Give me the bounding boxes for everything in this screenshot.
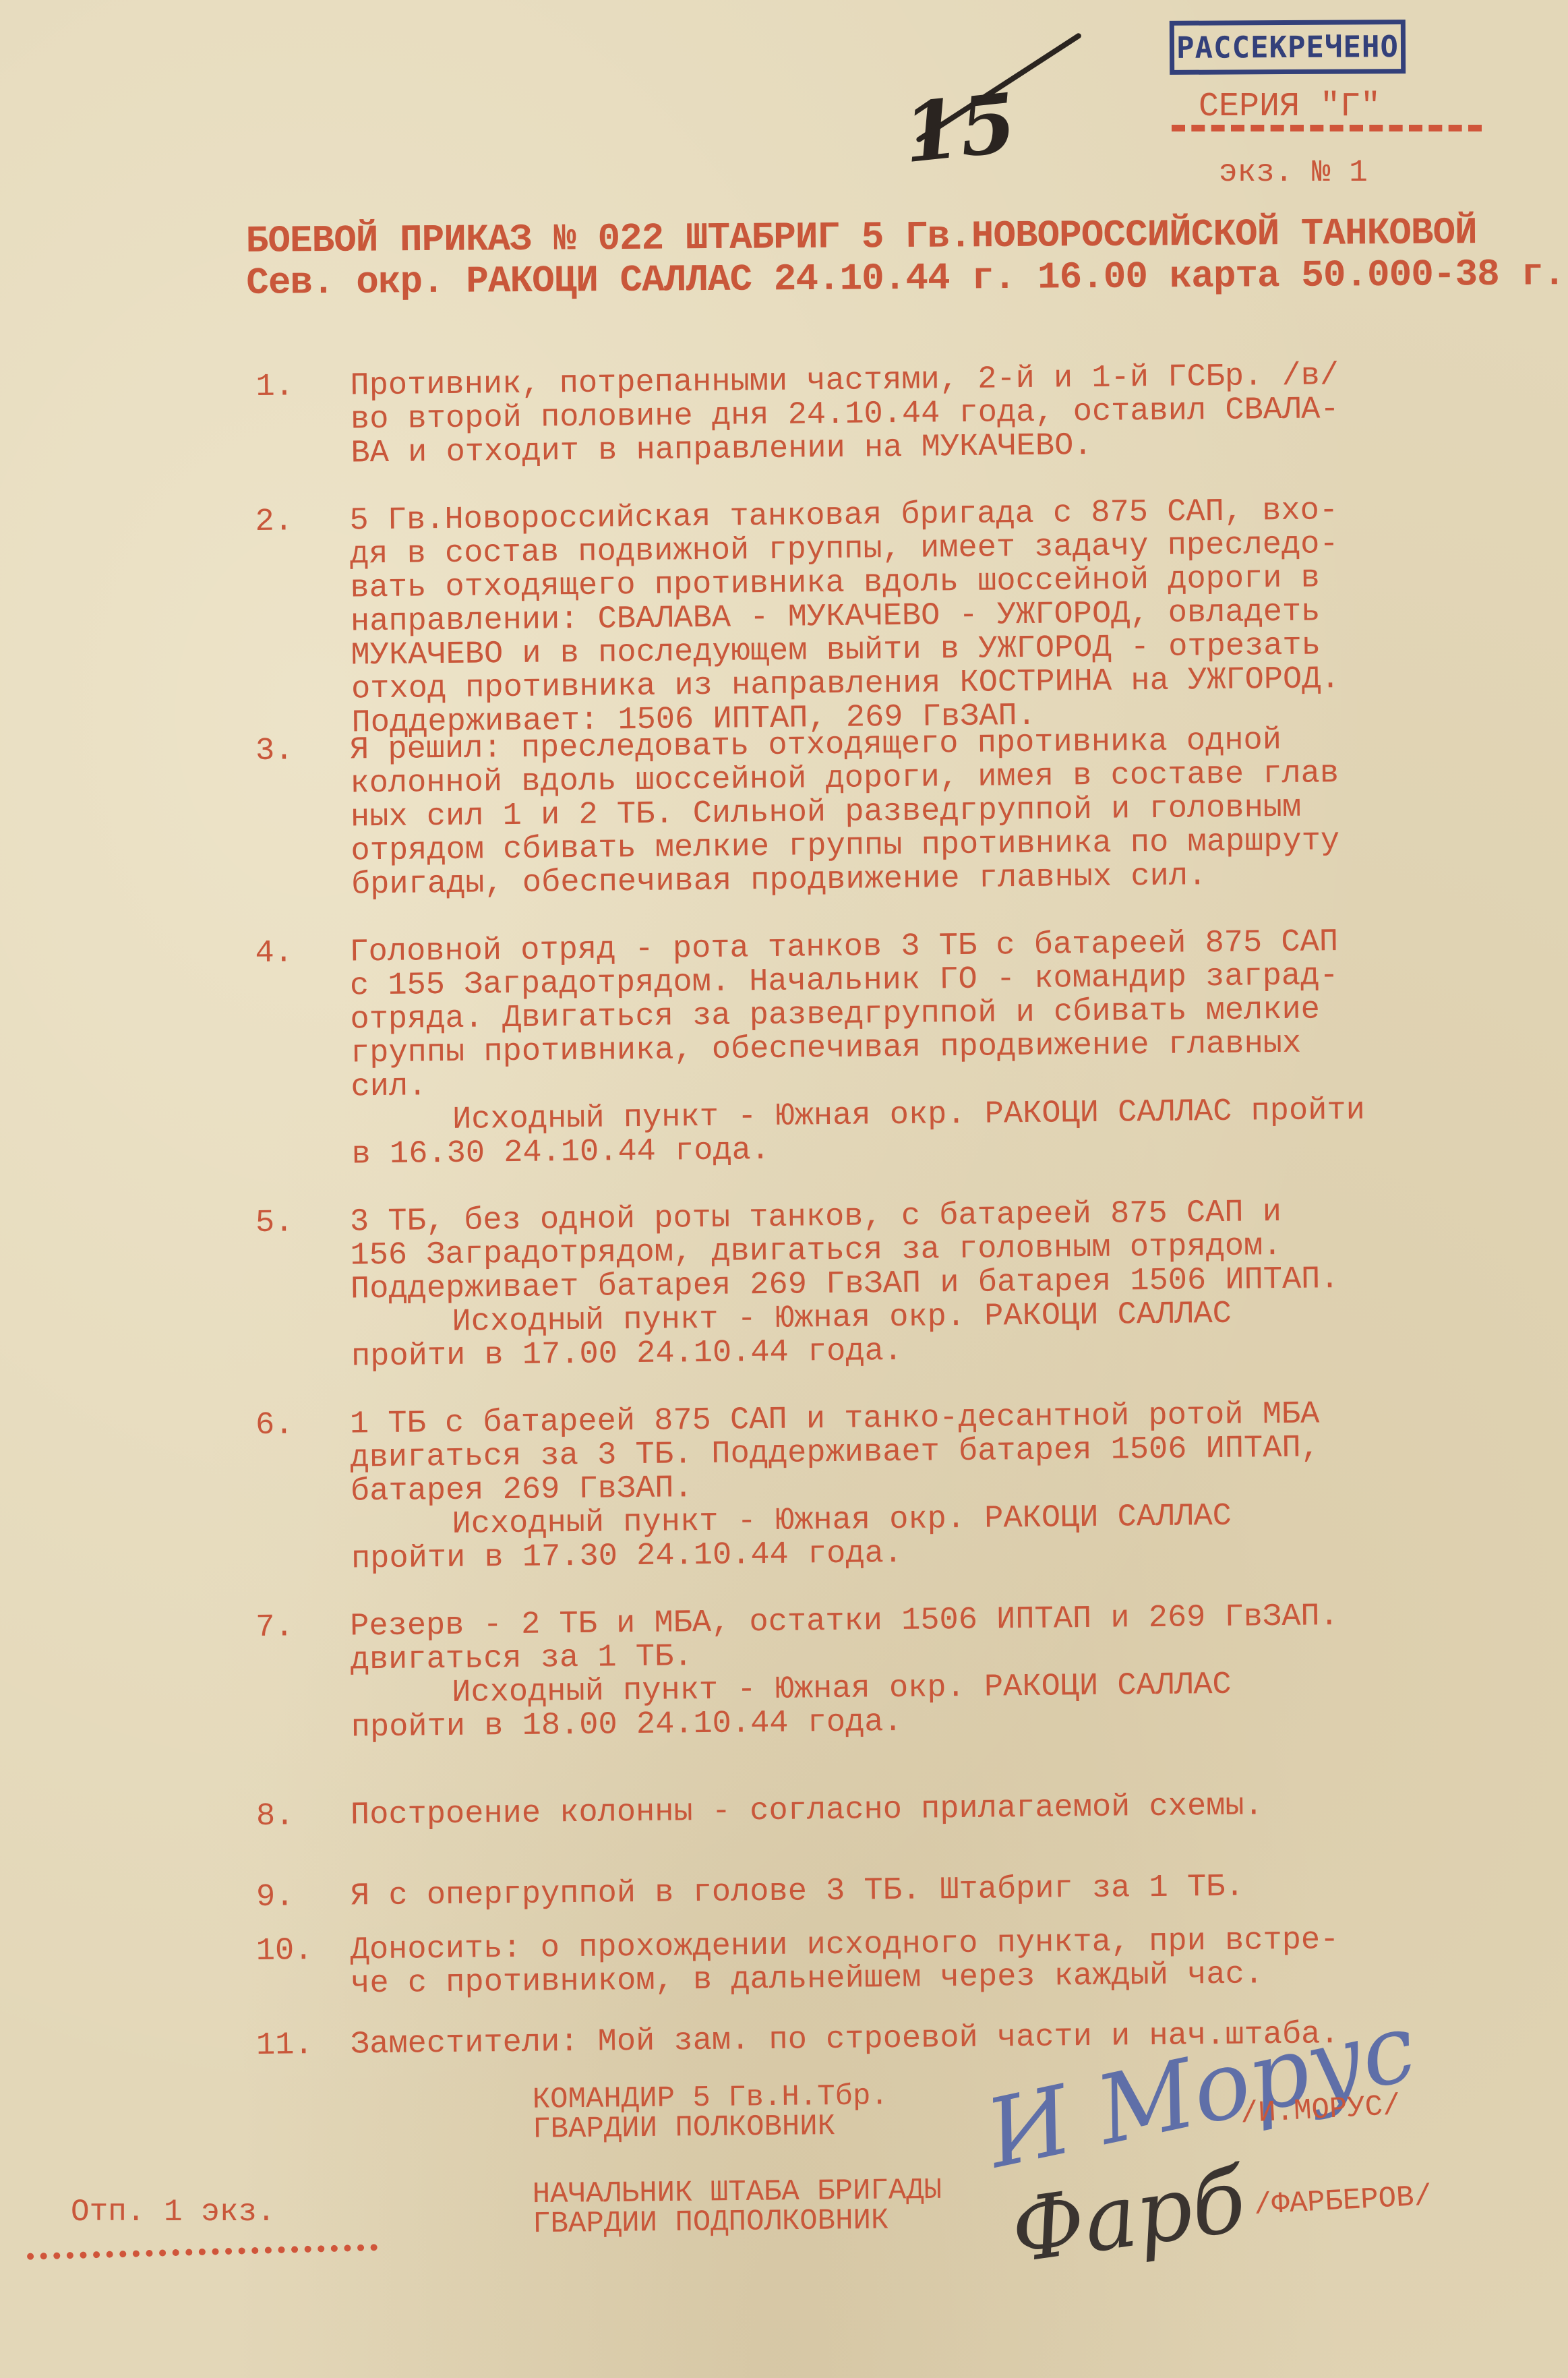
commander-rank: ГВАРДИИ ПОЛКОВНИК bbox=[533, 2111, 889, 2145]
item-number: 2. bbox=[255, 504, 352, 741]
document-title: БОЕВОЙ ПРИКАЗ № 022 ШТАБРИГ 5 Гв.НОВОРОС… bbox=[246, 211, 1568, 304]
order-item: 4.Головной отряд - рота танков 3 ТБ с ба… bbox=[255, 924, 1538, 1173]
item-number: 6. bbox=[255, 1408, 352, 1577]
printed-copies-note: Отп. 1 экз. bbox=[71, 2195, 276, 2230]
order-item: 1.Противник, потрепанными частями, 2-й и… bbox=[255, 357, 1537, 472]
series-divider bbox=[1172, 125, 1482, 131]
item-text: 5 Гв.Новороссийская танковая бригада с 8… bbox=[349, 492, 1538, 740]
order-item: 2.5 Гв.Новороссийская танковая бригада с… bbox=[255, 492, 1538, 742]
item-number: 3. bbox=[255, 734, 352, 903]
item-line: Построение колонны - согласно прилагаемо… bbox=[351, 1787, 1537, 1833]
order-item: 6.1 ТБ с батареей 875 САП и танко-десант… bbox=[255, 1396, 1538, 1578]
commander-signature-block: КОМАНДИР 5 Гв.Н.Тбр. ГВАРДИИ ПОЛКОВНИК bbox=[533, 2081, 889, 2145]
item-text: 1 ТБ с батареей 875 САП и танко-десантно… bbox=[350, 1396, 1538, 1576]
title-line-2: Сев. окр. РАКОЦИ САЛЛАС 24.10.44 г. 16.0… bbox=[246, 253, 1567, 304]
item-text: Построение колонны - согласно прилагаемо… bbox=[351, 1787, 1537, 1833]
order-item: 3.Я решил: преследовать отходящего проти… bbox=[255, 721, 1538, 903]
chief-rank: ГВАРДИИ ПОДПОЛКОВНИК bbox=[533, 2205, 942, 2239]
footer-divider bbox=[27, 2244, 378, 2260]
item-number: 7. bbox=[255, 1610, 351, 1746]
item-number: 8. bbox=[256, 1799, 351, 1833]
item-number: 1. bbox=[255, 369, 351, 471]
chief-name: /ФАРБЕРОВ/ bbox=[1253, 2180, 1433, 2223]
series-label: СЕРИЯ "Г" bbox=[1199, 88, 1381, 126]
chief-of-staff-signature-block: НАЧАЛЬНИК ШТАБА БРИГАДЫ ГВАРДИИ ПОДПОЛКО… bbox=[533, 2176, 942, 2239]
item-number: 10. bbox=[256, 1934, 351, 2002]
item-number: 5. bbox=[255, 1206, 352, 1375]
order-item: 9.Я с опергруппой в голове 3 ТБ. Штабриг… bbox=[256, 1868, 1537, 1915]
order-item: 8.Построение колонны - согласно прилагае… bbox=[256, 1787, 1537, 1834]
item-text: Я с опергруппой в голове 3 ТБ. Штабриг з… bbox=[351, 1868, 1537, 1913]
item-text: Я решил: преследовать отходящего противн… bbox=[350, 721, 1538, 902]
item-text: Противник, потрепанными частями, 2-й и 1… bbox=[350, 357, 1537, 471]
copy-number: экз. № 1 bbox=[1219, 155, 1368, 190]
item-text: 3 ТБ, без одной роты танков, с батареей … bbox=[350, 1193, 1538, 1374]
item-number: 11. bbox=[256, 2028, 351, 2062]
item-text: Головной отряд - рота танков 3 ТБ с бата… bbox=[349, 924, 1538, 1172]
item-number: 9. bbox=[256, 1880, 351, 1914]
item-text: Резерв - 2 ТБ и МБА, остатки 1506 ИПТАП … bbox=[350, 1598, 1538, 1745]
order-item: 7.Резерв - 2 ТБ и МБА, остатки 1506 ИПТА… bbox=[255, 1598, 1538, 1746]
declassified-stamp: РАССЕКРЕЧЕНО bbox=[1170, 20, 1406, 75]
order-item: 5.3 ТБ, без одной роты танков, с батарее… bbox=[255, 1193, 1538, 1375]
item-text: Доносить: о прохождении исходного пункта… bbox=[351, 1922, 1538, 2001]
item-number: 4. bbox=[255, 936, 352, 1172]
order-item: 10.Доносить: о прохождении исходного пун… bbox=[256, 1922, 1538, 2002]
item-line: Я с опергруппой в голове 3 ТБ. Штабриг з… bbox=[351, 1868, 1537, 1913]
handwritten-page-number: 15 bbox=[899, 76, 1021, 182]
